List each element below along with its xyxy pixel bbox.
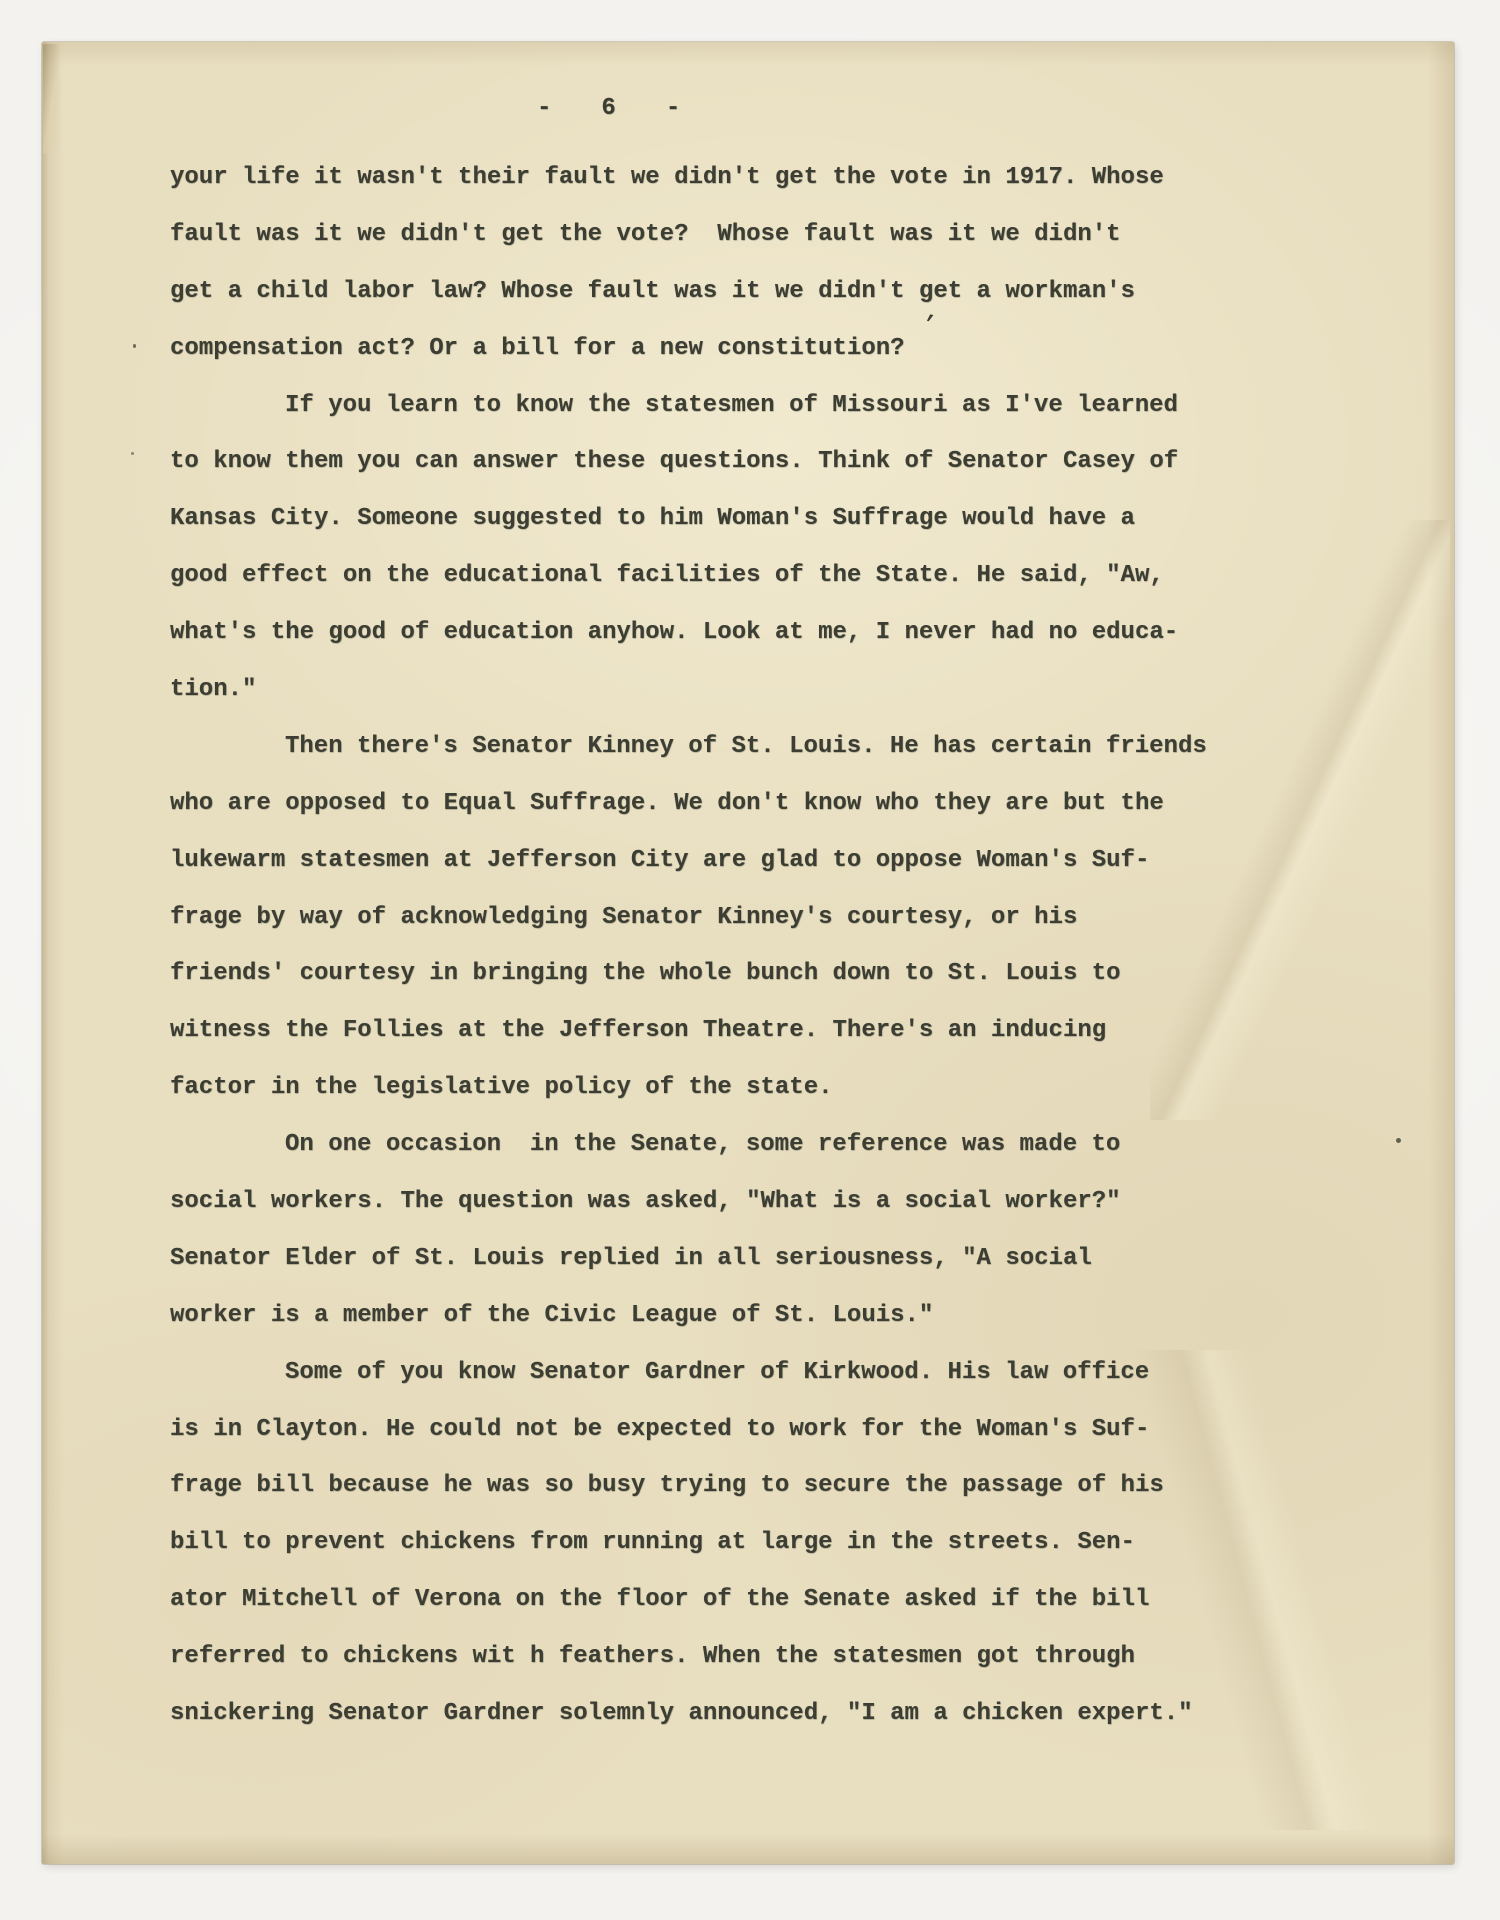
typed-line: frage bill because he was so busy trying…: [170, 1458, 1250, 1515]
header-left-dash: -: [537, 95, 551, 122]
typed-line: tion.": [170, 662, 1250, 719]
typed-line: Some of you know Senator Gardner of Kirk…: [170, 1345, 1250, 1402]
typed-line: frage by way of acknowledging Senator Ki…: [170, 890, 1250, 947]
typed-line: friends' courtesy in bringing the whole …: [170, 946, 1250, 1003]
page-number: 6: [601, 95, 615, 122]
ink-speck: [133, 344, 136, 348]
typed-line: referred to chickens wit h feathers. Whe…: [170, 1629, 1250, 1686]
ink-speck: [131, 452, 134, 455]
typed-line: is in Clayton. He could not be expected …: [170, 1402, 1250, 1459]
typed-line: what's the good of education anyhow. Loo…: [170, 605, 1250, 662]
ink-speck: [1396, 1138, 1401, 1143]
document-scan: - 6 - your life it wasn't their fault we…: [0, 0, 1500, 1920]
typed-line: your life it wasn't their fault we didn'…: [170, 150, 1250, 207]
typed-line: On one occasion in the Senate, some refe…: [170, 1117, 1250, 1174]
typed-line: compensation act? Or a bill for a new co…: [170, 321, 1250, 378]
paper-fold-edge: [43, 44, 59, 154]
ink-speck: [604, 392, 607, 395]
typed-text-block: your life it wasn't their fault we didn'…: [170, 150, 1250, 1743]
typed-line: lukewarm statesmen at Jefferson City are…: [170, 833, 1250, 890]
typed-line: snickering Senator Gardner solemnly anno…: [170, 1686, 1250, 1743]
typed-line: fault was it we didn't get the vote? Who…: [170, 207, 1250, 264]
typed-line: If you learn to know the statesmen of Mi…: [170, 378, 1250, 435]
typed-line: Senator Elder of St. Louis replied in al…: [170, 1231, 1250, 1288]
typed-line: who are opposed to Equal Suffrage. We do…: [170, 776, 1250, 833]
typed-line: Then there's Senator Kinney of St. Louis…: [170, 719, 1250, 776]
typed-line: social workers. The question was asked, …: [170, 1174, 1250, 1231]
typed-line: get a child labor law? Whose fault was i…: [170, 264, 1250, 321]
typed-line: factor in the legislative policy of the …: [170, 1060, 1250, 1117]
typed-line: good effect on the educational facilitie…: [170, 548, 1250, 605]
typed-line: worker is a member of the Civic League o…: [170, 1288, 1250, 1345]
typed-line: to know them you can answer these questi…: [170, 434, 1250, 491]
typed-line: ator Mitchell of Verona on the floor of …: [170, 1572, 1250, 1629]
page-number-header: - 6 -: [537, 88, 680, 128]
header-right-dash: -: [666, 95, 680, 122]
typed-line: witness the Follies at the Jefferson The…: [170, 1003, 1250, 1060]
typed-line: Kansas City. Someone suggested to him Wo…: [170, 491, 1250, 548]
typed-line: bill to prevent chickens from running at…: [170, 1515, 1250, 1572]
